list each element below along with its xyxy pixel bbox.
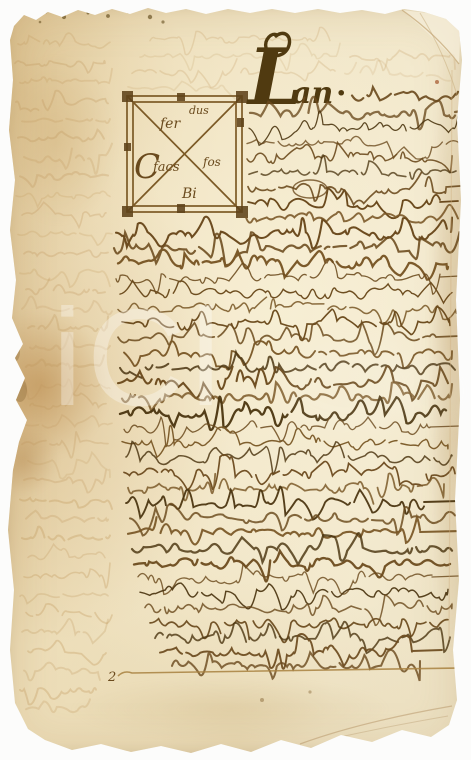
watermark-ghost-letters: [388, 352, 471, 430]
handwriting-line: [122, 426, 448, 458]
opening-rest: an: [292, 76, 333, 111]
handwriting-line: [128, 473, 444, 504]
handwriting-line: [248, 172, 460, 204]
handwriting-line: [128, 517, 460, 544]
notarial-mark: dus fer C facs fos Bi: [122, 91, 248, 218]
mark-word-top-small: dus: [189, 104, 209, 117]
circled-word: [293, 180, 327, 198]
mark-word-bottom: Bi: [181, 186, 197, 202]
mark-words: dus fer C facs fos Bi: [134, 104, 221, 202]
handwriting-line: [120, 281, 452, 303]
handwriting-line: [114, 232, 460, 266]
manuscript-photo: dus fer C facs fos Bi L an · 2: [0, 0, 471, 760]
handwriting-line: [118, 297, 458, 326]
opening-separator-dot: ·: [336, 76, 346, 111]
handwriting-line: [247, 143, 452, 173]
handwriting-line: [116, 217, 452, 249]
mark-word-center-rest: facs: [152, 160, 180, 175]
underline-lead-mark: 2: [107, 670, 116, 685]
underline-rule: [118, 668, 458, 676]
handwriting-line: [126, 442, 452, 475]
mark-word-right: fos: [202, 155, 221, 169]
handwriting-line: [352, 87, 458, 101]
handwriting-line: [118, 250, 448, 280]
mark-word-top: fer: [159, 116, 181, 132]
opening-word-lan: L an ·: [246, 32, 346, 123]
